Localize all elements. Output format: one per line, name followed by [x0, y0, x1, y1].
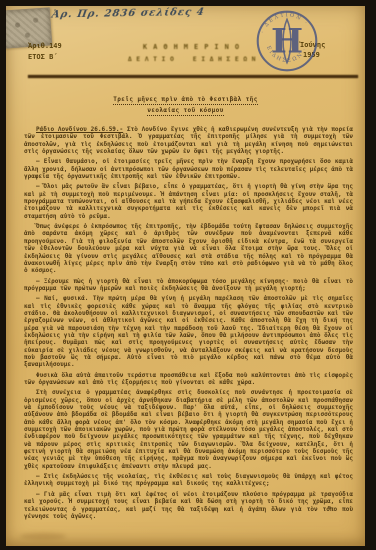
circular-ink-stamp: · ΔΕΛΤΙΟΝ · ΕΙΔΗΣΕΩΝ · Η	[251, 7, 323, 75]
ink-speck	[328, 506, 331, 509]
paragraph-text: — Ὅλοι μᾶς ρωτοῦν ἂν εἶναι βέβαιο, εἶπε …	[24, 183, 353, 219]
body-paragraph: — Ναί, φυσικά. Τὴν πρώτη μέρα θὰ γίνη ἡ …	[24, 295, 353, 368]
article-title-text1: Τρεῖς μῆνες πρὶν ἀπὸ τὸ Φεστιβὰλ τῆς	[113, 96, 257, 105]
paper-smudge	[20, 533, 66, 540]
paragraph-text: Ὅπως ἀνέφερε ὁ ἐκπρόσωπος τῆς ἐπιτροπῆς,…	[24, 223, 353, 274]
paragraph-text: — Εἶναι θαυμάσιο, οἱ ἑτοιμασίες τρεῖς μῆ…	[24, 158, 353, 180]
paragraph-text: Φυσικὰ ὅλα αὐτὰ ἀπαιτοῦν τεράστια προσπά…	[24, 372, 353, 386]
paragraph-text: — Ναί, φυσικά. Τὴν πρώτη μέρα θὰ γίνη ἡ …	[24, 295, 353, 368]
masthead-left-block: Ἀριθ.149 ΕΤΟΣ Β΄	[28, 41, 62, 63]
issue-number: Ἀριθ.149	[28, 41, 62, 52]
paper-sheet: Ἀρ. Πρ. 2836 σελίδες 4 Ἀριθ.149 ΕΤΟΣ Β΄ …	[6, 6, 365, 546]
paragraph-text: — Ξέρουμε πὼς ἡ γιορτὴ θὰ εἶναι τὸ ἀποκο…	[24, 278, 353, 292]
body-paragraph: — Ὅλοι μᾶς ρωτοῦν ἂν εἶναι βέβαιο, εἶπε …	[24, 183, 353, 220]
handwritten-annotation: Ἀρ. Πρ. 2836 σελίδες 4	[51, 6, 233, 20]
paragraph-text: Στὴ συνέχεια ὁ γραμματέας ἀναφέρθηκε στὶ…	[24, 389, 353, 469]
paragraph-text: — Γιὰ μᾶς εἶναι τιμὴ ὅτι καὶ ἐφέτος οἱ ν…	[24, 491, 353, 520]
article: Τρεῖς μῆνες πρὶν ἀπὸ τὸ Φεστιβὰλ τῆς νεο…	[6, 94, 365, 523]
body-paragraph: — Στὶς ἐκδηλώσεις τῆς νεολαίας, τὶς ἐκθέ…	[24, 473, 353, 488]
body-paragraph: Στὴ συνέχεια ὁ γραμματέας ἀναφέρθηκε στὶ…	[24, 389, 353, 470]
header-divider-line	[28, 75, 358, 78]
body-paragraph: Φυσικὰ ὅλα αὐτὰ ἀπαιτοῦν τεράστια προσπά…	[24, 372, 353, 387]
stamp-monogram: Η	[271, 21, 303, 61]
article-body: Ράδιο Λονδίνου 26.6.59.- Στὸ Λονδίνο ἔγι…	[24, 126, 353, 520]
paragraph-text: — Στὶς ἐκδηλώσεις τῆς νεολαίας, τὶς ἐκθέ…	[24, 473, 353, 487]
body-paragraph: Ράδιο Λονδίνου 26.6.59.- Στὸ Λονδίνο ἔγι…	[24, 126, 353, 155]
scanned-page: Ἀρ. Πρ. 2836 σελίδες 4 Ἀριθ.149 ΕΤΟΣ Β΄ …	[0, 0, 376, 550]
article-title-text2: νεολαίας τοῦ κόσμου	[147, 107, 223, 116]
body-paragraph: — Γιὰ μᾶς εἶναι τιμὴ ὅτι καὶ ἐφέτος οἱ ν…	[24, 491, 353, 520]
article-title-line1: Τρεῖς μῆνες πρὶν ἀπὸ τὸ Φεστιβὰλ τῆς	[6, 94, 365, 105]
body-paragraph: — Ξέρουμε πὼς ἡ γιορτὴ θὰ εἶναι τὸ ἀποκο…	[24, 278, 353, 293]
volume-label: ΕΤΟΣ Β΄	[28, 52, 62, 63]
body-paragraph: — Εἶναι θαυμάσιο, οἱ ἑτοιμασίες τρεῖς μῆ…	[24, 158, 353, 180]
body-paragraph: Ὅπως ἀνέφερε ὁ ἐκπρόσωπος τῆς ἐπιτροπῆς,…	[24, 223, 353, 274]
article-title-line2: νεολαίας τοῦ κόσμου	[6, 105, 365, 116]
paragraph-dateline: Ράδιο Λονδίνου 26.6.59.-	[36, 126, 123, 133]
